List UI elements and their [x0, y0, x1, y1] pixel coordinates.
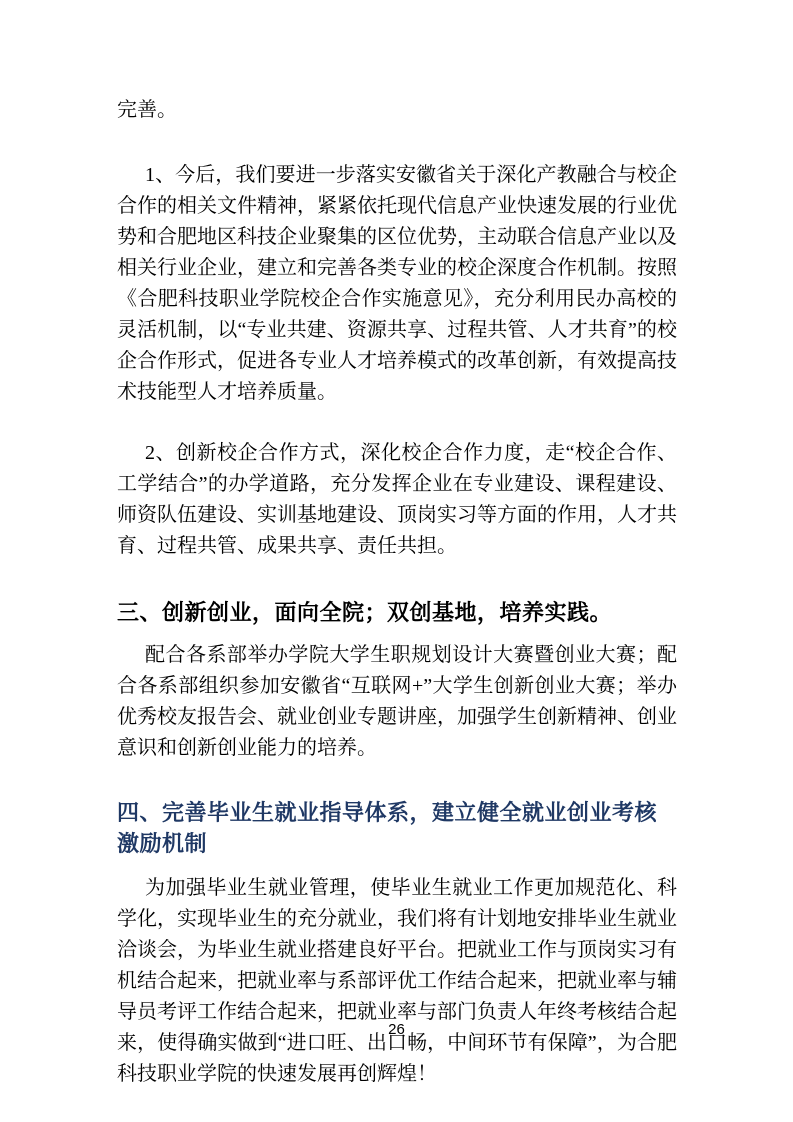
- paragraph-3-competitions-lectures: 配合各系部举办学院大学生职规划设计大赛暨创业大赛；配合各系部组织参加安徽省“互联…: [117, 640, 677, 764]
- paragraph-4-graduate-employment: 为加强毕业生就业管理，使毕业生就业工作更加规范化、科学化，实现毕业生的充分就业，…: [117, 873, 677, 1090]
- page-number: 26: [0, 1020, 793, 1040]
- document-body: 完善。 1、今后，我们要进一步落实安徽省关于深化产教融合与校企合作的相关文件精神…: [117, 95, 677, 1090]
- section-heading-3-innovation-entrepreneurship: 三、创新创业，面向全院；双创基地，培养实践。: [117, 597, 677, 628]
- section-heading-4-employment-guidance: 四、完善毕业生就业指导体系，建立健全就业创业考核激励机制: [117, 797, 677, 859]
- paragraph-2-cooperation-methods: 2、创新校企合作方式，深化校企合作力度，走“校企合作、工学结合”的办学道路，充分…: [117, 438, 677, 562]
- paragraph-continuation: 完善。: [117, 95, 677, 126]
- document-page: 完善。 1、今后，我们要进一步落实安徽省关于深化产教融合与校企合作的相关文件精神…: [0, 0, 793, 1122]
- paragraph-1-school-enterprise-cooperation: 1、今后，我们要进一步落实安徽省关于深化产教融合与校企合作的相关文件精神，紧紧依…: [117, 160, 677, 408]
